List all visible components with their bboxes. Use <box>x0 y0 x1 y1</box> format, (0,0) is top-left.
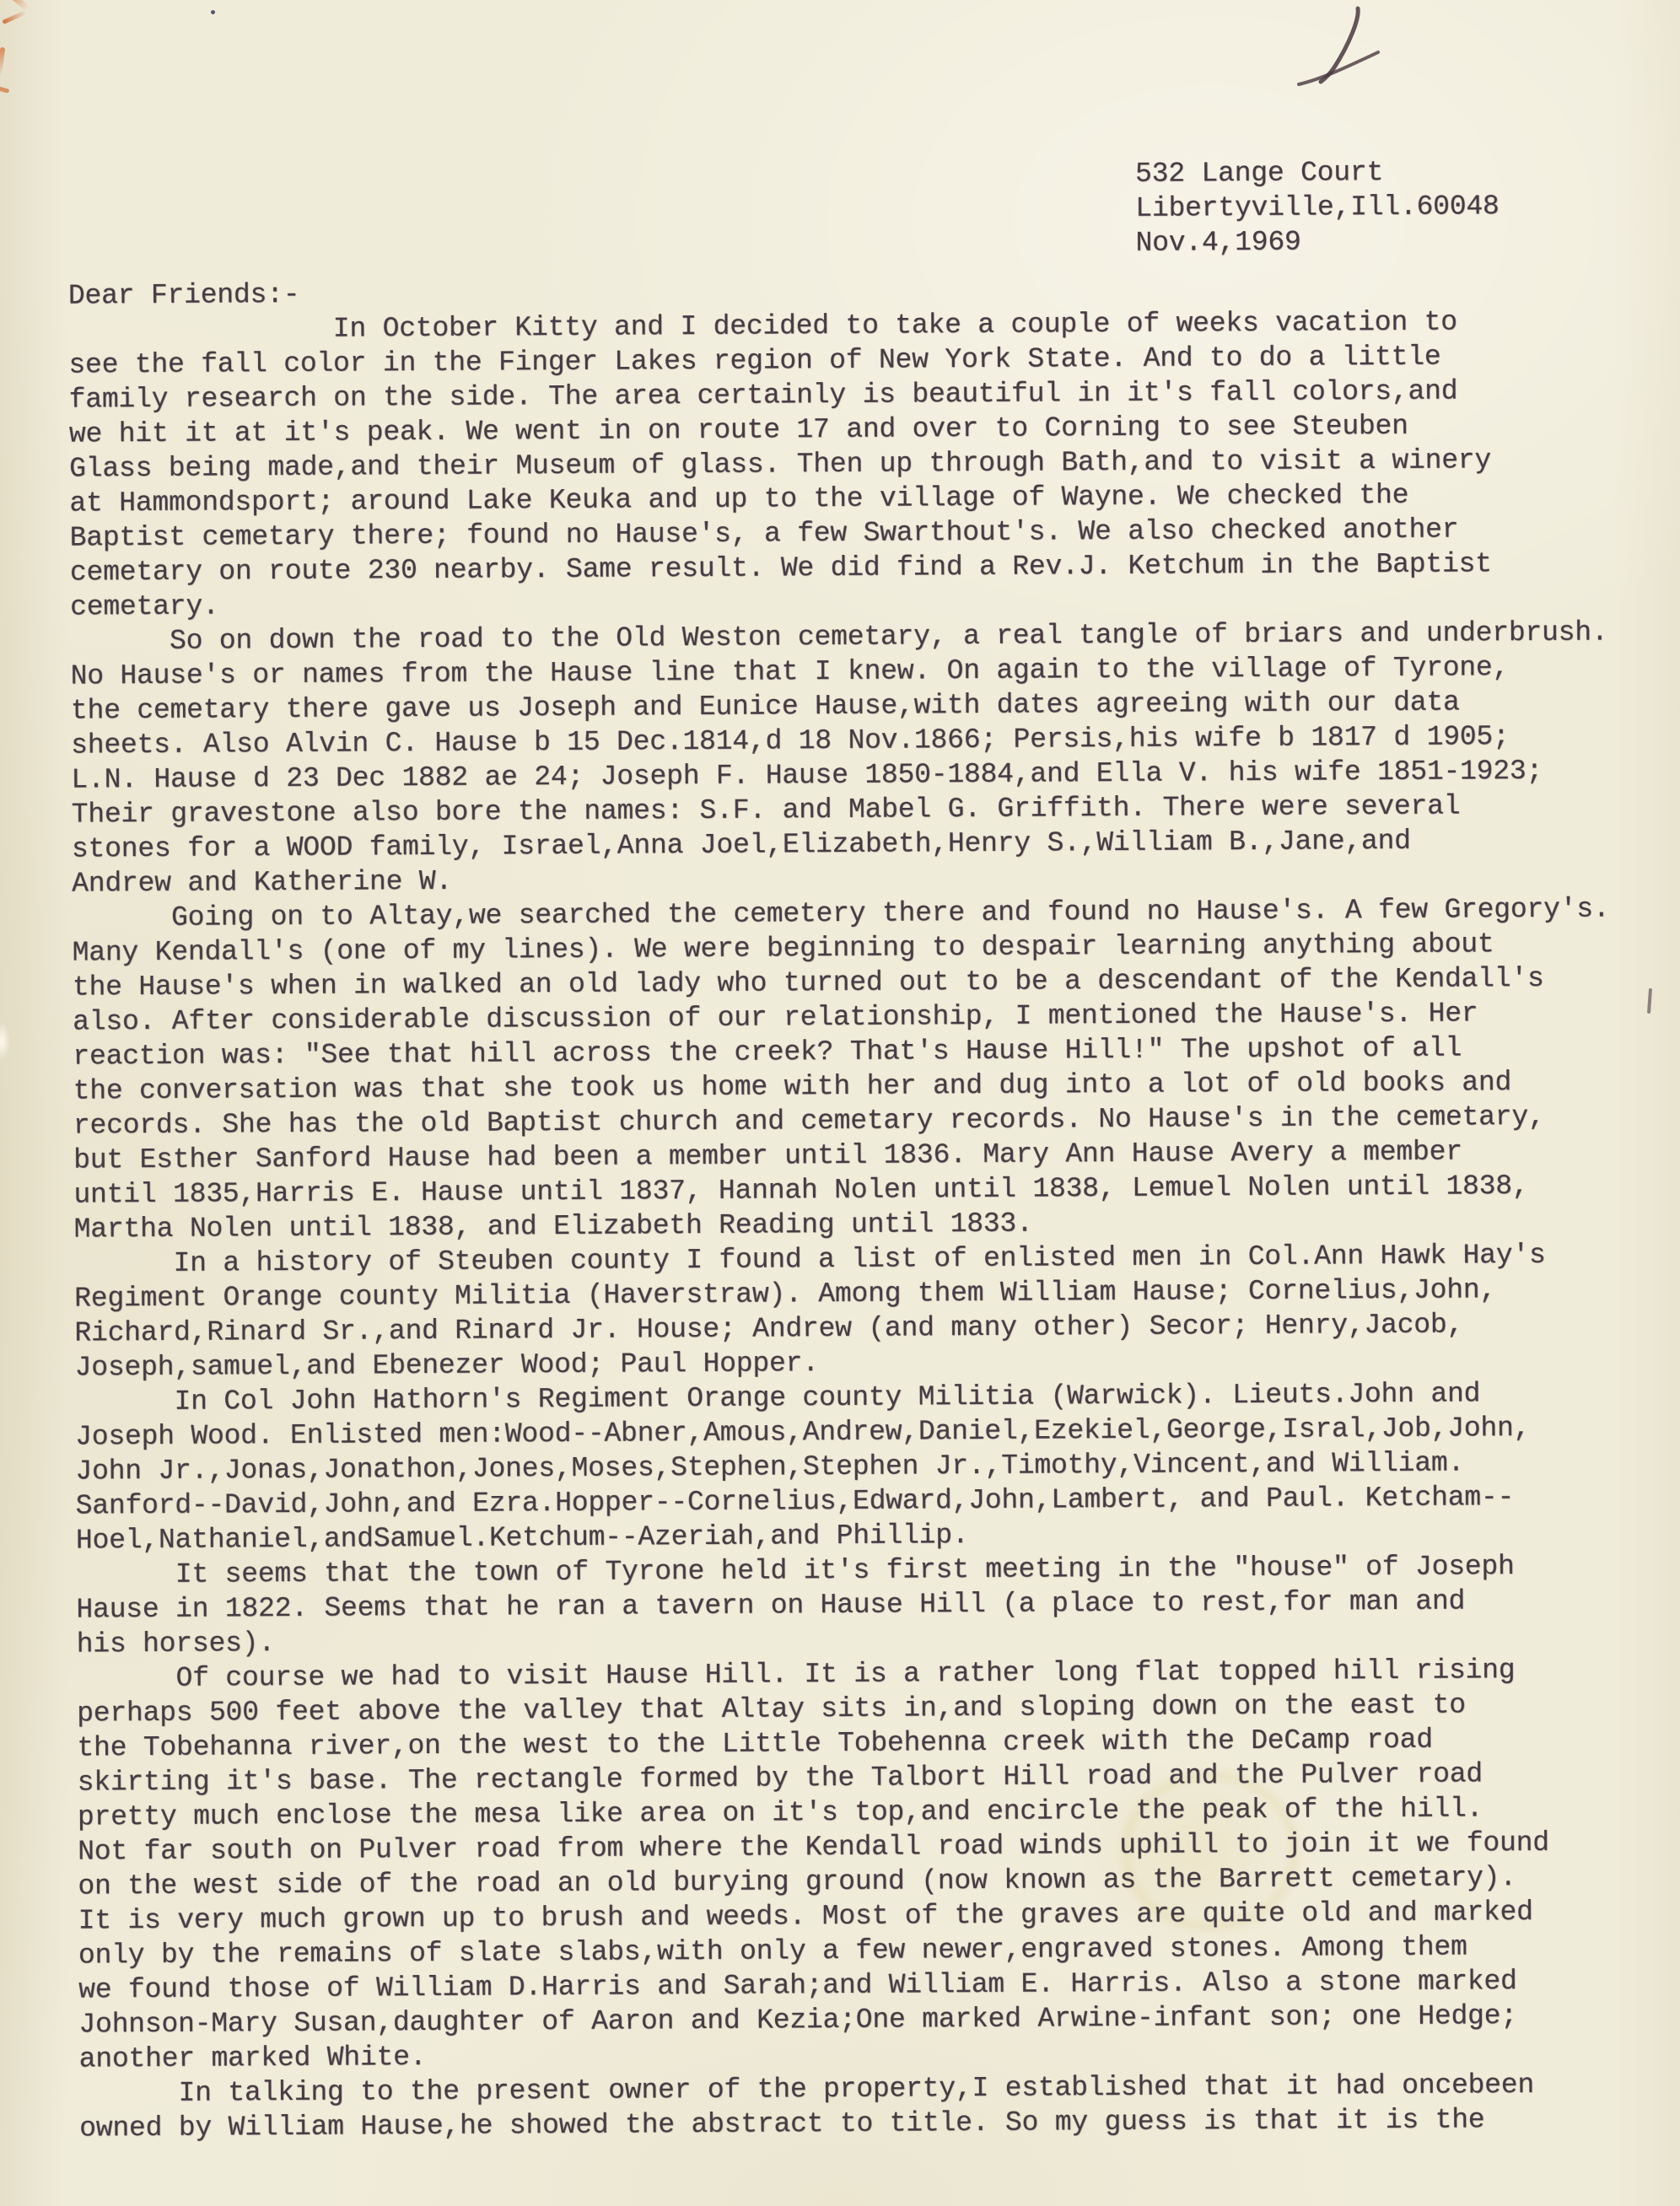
paragraph-6: It seems that the town of Tyrone held it… <box>76 1548 1614 1661</box>
salutation: Dear Friends:- <box>68 277 300 314</box>
paragraph-2: So on down the road to the Old Weston ce… <box>70 615 1609 901</box>
paragraph-8: In talking to the present owner of the p… <box>79 2067 1618 2145</box>
paragraph-4: In a history of Steuben county I found a… <box>74 1237 1613 1385</box>
scanned-letter-page: 532 Lange Court Libertyville,Ill.60048 N… <box>0 0 1680 2206</box>
paragraph-7: Of course we had to visit Hause Hill. It… <box>77 1652 1617 2076</box>
paragraph-1: In October Kitty and I decided to take a… <box>68 304 1607 624</box>
letter-content: 532 Lange Court Libertyville,Ill.60048 N… <box>0 0 1680 2206</box>
letter-body: In October Kitty and I decided to take a… <box>68 304 1617 2145</box>
paragraph-5: In Col John Hathorn's Regiment Orange co… <box>75 1375 1613 1558</box>
sender-address: 532 Lange Court Libertyville,Ill.60048 N… <box>1135 154 1500 261</box>
paragraph-3: Going on to Altay,we searched the cemete… <box>72 891 1612 1246</box>
